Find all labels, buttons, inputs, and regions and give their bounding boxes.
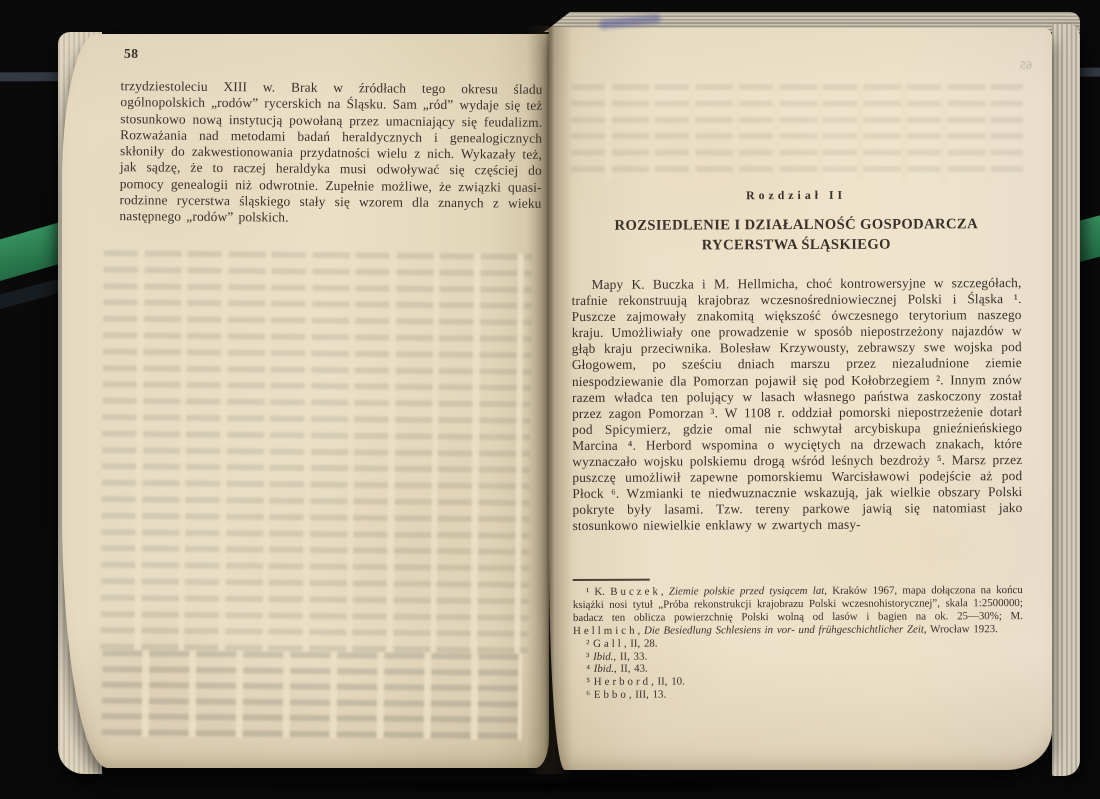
bleed-through-text-dark xyxy=(102,650,523,740)
right-page-content: Rozdział II ROZSIEDLENIE I DZIAŁALNOŚĆ G… xyxy=(547,27,1053,771)
page-number: 58 xyxy=(124,46,139,62)
book-spread: 58 trzydziestoleciu XIII w. Brak w źródł… xyxy=(58,10,1086,792)
chapter-title-line-2: RYCERSTWA ŚLĄSKIEGO xyxy=(702,236,891,253)
footnote-rule xyxy=(573,579,650,581)
footnotes-section: ¹ K. Buczek, Ziemie polskie przed tysiąc… xyxy=(573,584,1024,702)
chapter-title-line-1: ROZSIEDLENIE I DZIAŁALNOŚĆ GOSPODARCZA xyxy=(614,216,978,234)
footnote-6: ⁶ Ebbo, III, 13. xyxy=(573,687,1023,702)
bleed-through-text xyxy=(100,250,531,654)
right-page: 65 Rozdział II ROZSIEDLENIE I DZIAŁALNOŚ… xyxy=(549,28,1052,770)
photo-background: 58 trzydziestoleciu XIII w. Brak w źródł… xyxy=(0,0,1100,799)
left-page-paragraph: trzydziestoleciu XIII w. Brak w źródłach… xyxy=(119,78,542,228)
chapter-title: ROZSIEDLENIE I DZIAŁALNOŚĆ GOSPODARCZARY… xyxy=(561,215,1031,256)
page-edges-right xyxy=(1052,24,1080,776)
left-page: 58 trzydziestoleciu XIII w. Brak w źródł… xyxy=(62,34,549,768)
chapter-heading: Rozdział II xyxy=(571,187,1021,204)
footnote-1: ¹ K. Buczek, Ziemie polskie przed tysiąc… xyxy=(573,584,1023,638)
right-page-paragraph: Mapy K. Buczka i M. Hellmicha, choć kont… xyxy=(571,275,1022,534)
